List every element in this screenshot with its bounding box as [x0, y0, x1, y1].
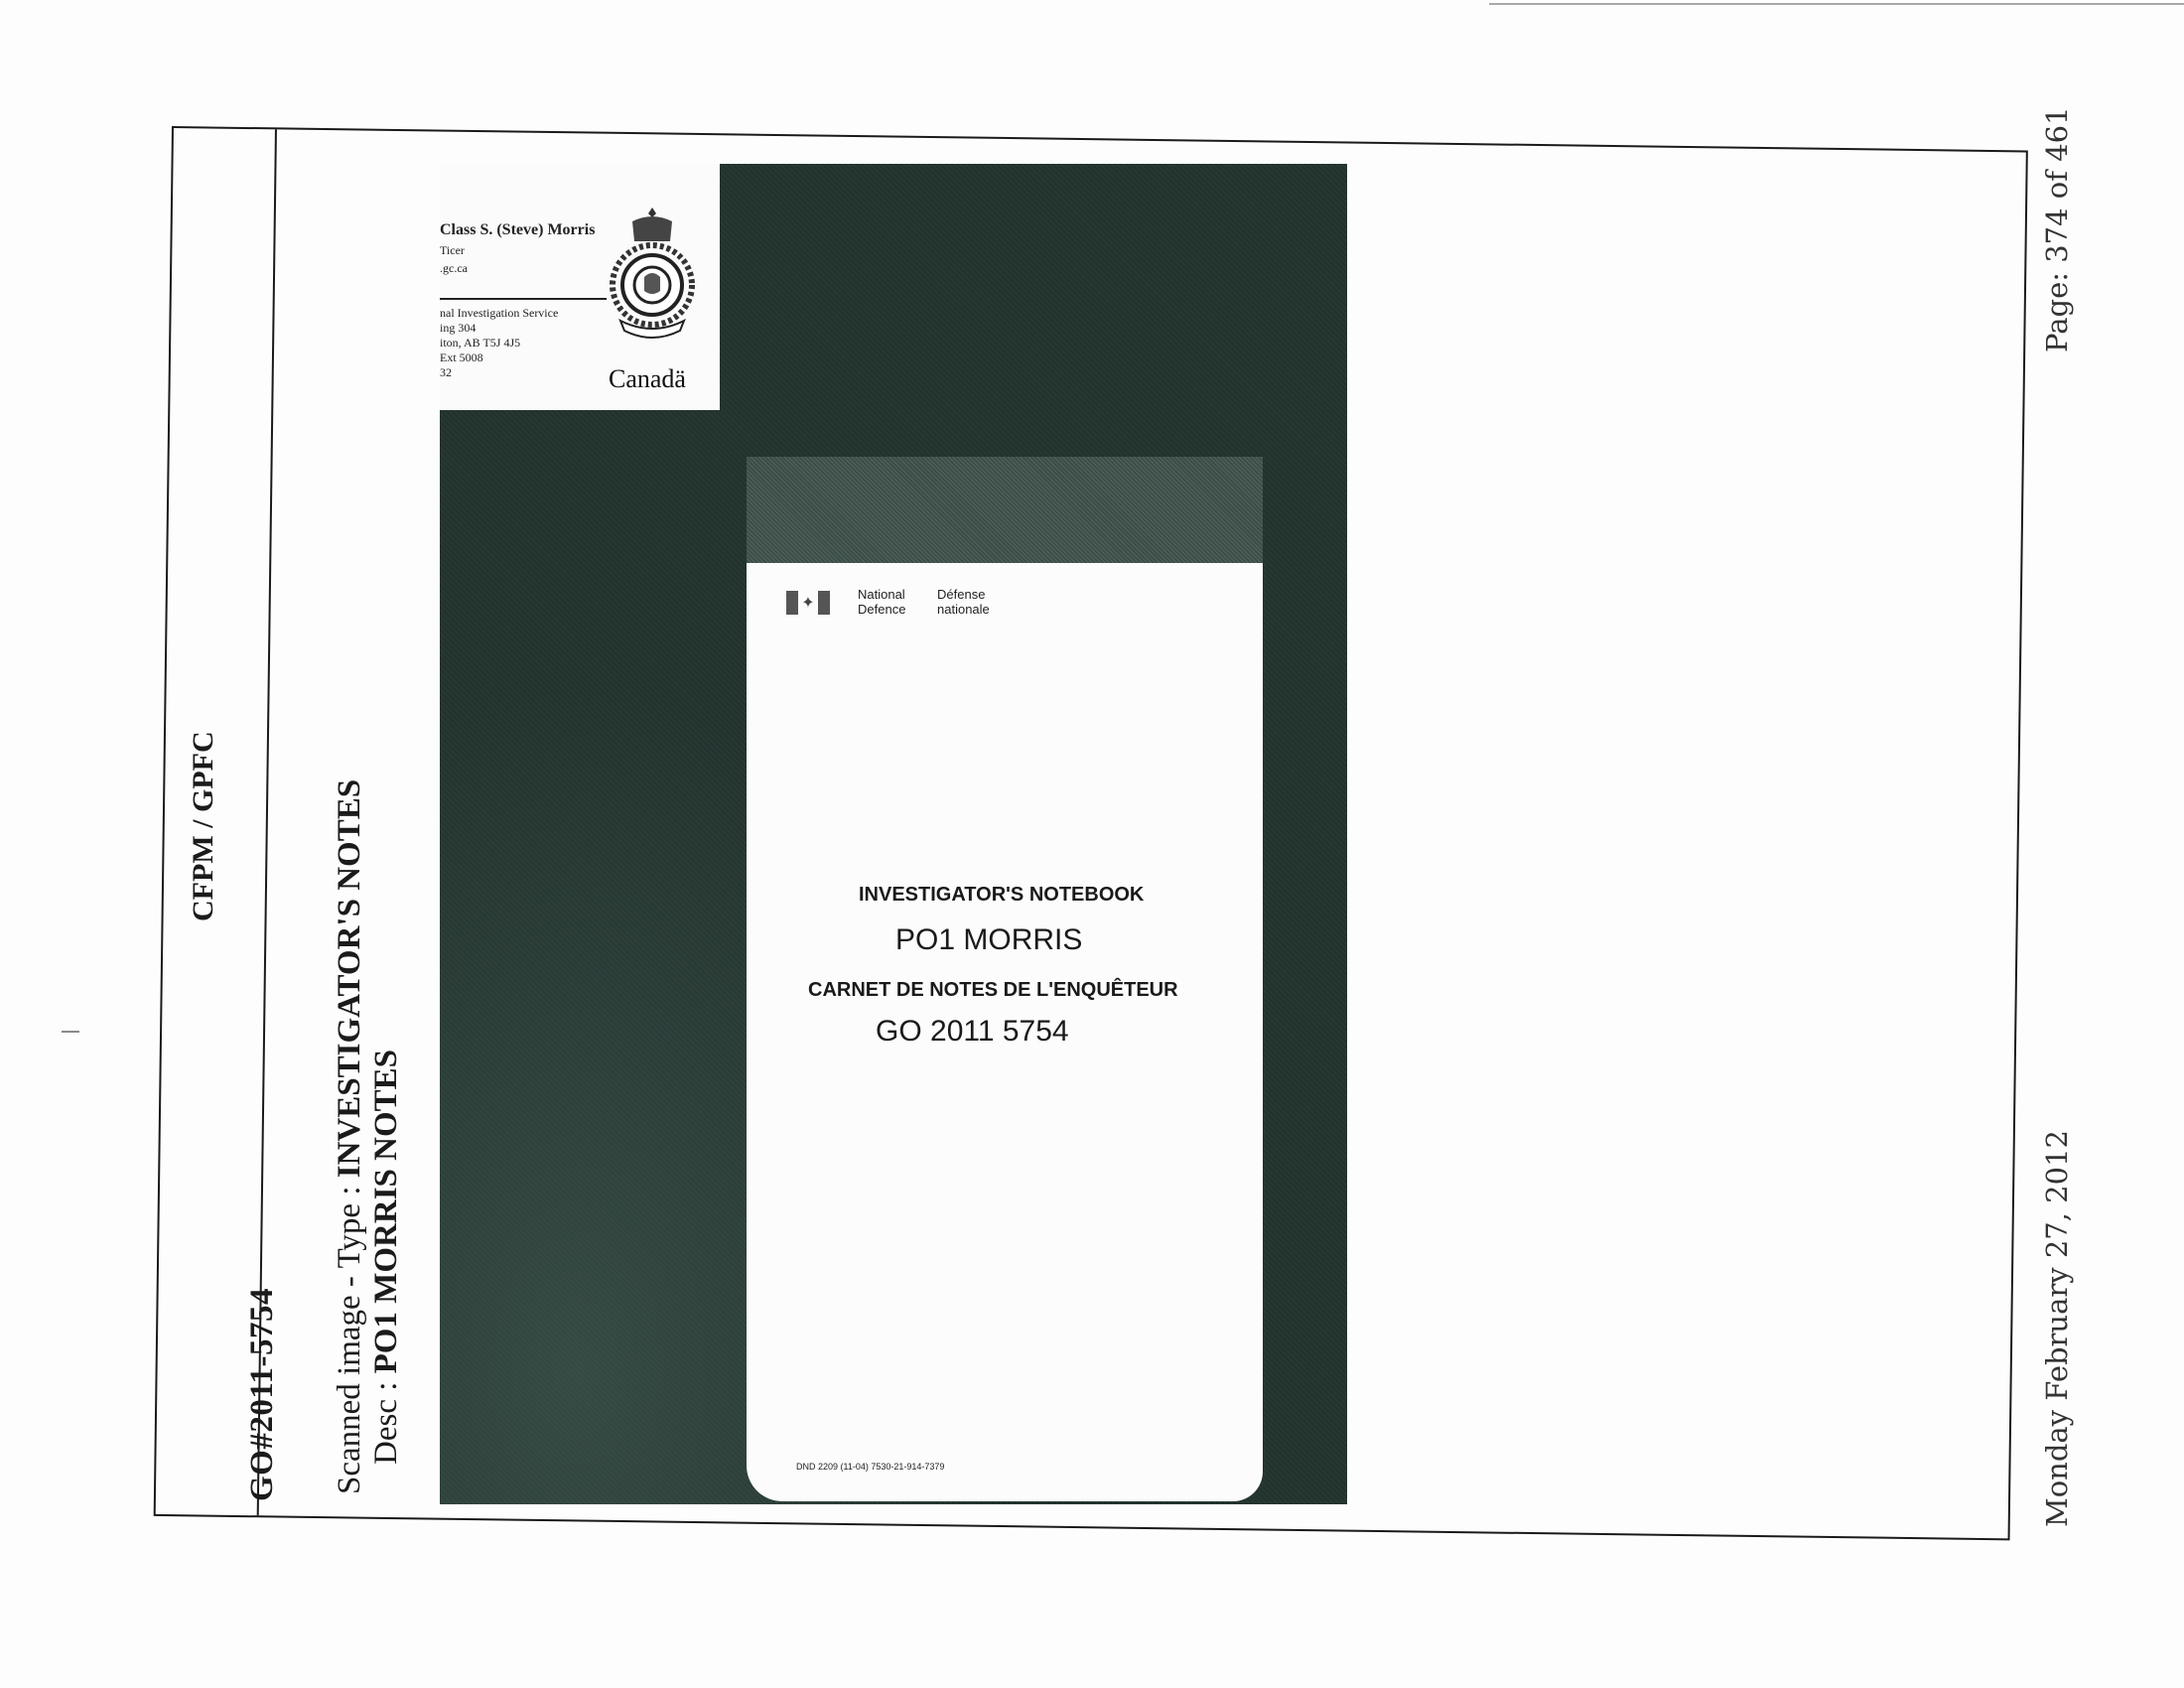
document-date: Monday February 27, 2012	[2040, 1130, 2074, 1527]
notebook-cover: ✦ NationalDefence Défensenationale INVES…	[747, 457, 1263, 1501]
scan-artifact-mark	[62, 1031, 79, 1033]
case-number: GO#2011-5754	[244, 1288, 281, 1501]
card-line: 32	[440, 365, 452, 380]
card-line: Ticer	[440, 243, 465, 258]
agency-label: CFPM / GPFC	[187, 731, 220, 921]
scan-type-value: INVESTIGATOR'S NOTES	[332, 779, 367, 1178]
business-card: Class S. (Steve) Morris Ticer .gc.ca nal…	[440, 164, 720, 410]
scan-desc-line: Desc : PO1 MORRIS NOTES	[369, 1050, 403, 1465]
scan-artifact-line	[1489, 3, 2184, 5]
scan-desc-prefix: Desc :	[368, 1373, 404, 1465]
notebook-owner: PO1 MORRIS	[895, 923, 1082, 957]
scanned-image: Class S. (Steve) Morris Ticer .gc.ca nal…	[440, 164, 1347, 1504]
dept-name-en: NationalDefence	[858, 587, 905, 617]
notebook-title-fr: CARNET DE NOTES DE L'ENQUÊTEUR	[808, 979, 1178, 1002]
scan-desc-value: PO1 MORRIS NOTES	[368, 1050, 404, 1373]
notebook-form-number: DND 2209 (11-04) 7530-21-914-7379	[796, 1462, 944, 1472]
card-line: Ext 5008	[440, 351, 483, 365]
card-name: Class S. (Steve) Morris	[440, 221, 595, 239]
scan-type-line: Scanned image - Type : INVESTIGATOR'S NO…	[333, 779, 366, 1494]
canada-wordmark: Canadä	[609, 364, 686, 394]
card-line: ing 304	[440, 321, 476, 336]
card-line: .gc.ca	[440, 261, 468, 276]
card-line: iton, AB T5J 4J5	[440, 336, 520, 351]
notebook-title: INVESTIGATOR'S NOTEBOOK	[859, 884, 1144, 907]
page-number: Page: 374 of 461	[2040, 106, 2074, 352]
notebook-file-number: GO 2011 5754	[876, 1015, 1069, 1049]
card-rule	[440, 298, 607, 300]
card-line: nal Investigation Service	[440, 306, 558, 321]
dept-name-fr: Défensenationale	[937, 587, 990, 617]
canada-flag-icon: ✦	[786, 591, 830, 615]
notebook-top-band	[747, 457, 1263, 563]
maple-leaf-icon: ✦	[798, 591, 818, 615]
military-police-crest-icon	[607, 204, 698, 352]
scan-type-prefix: Scanned image - Type :	[332, 1178, 367, 1494]
